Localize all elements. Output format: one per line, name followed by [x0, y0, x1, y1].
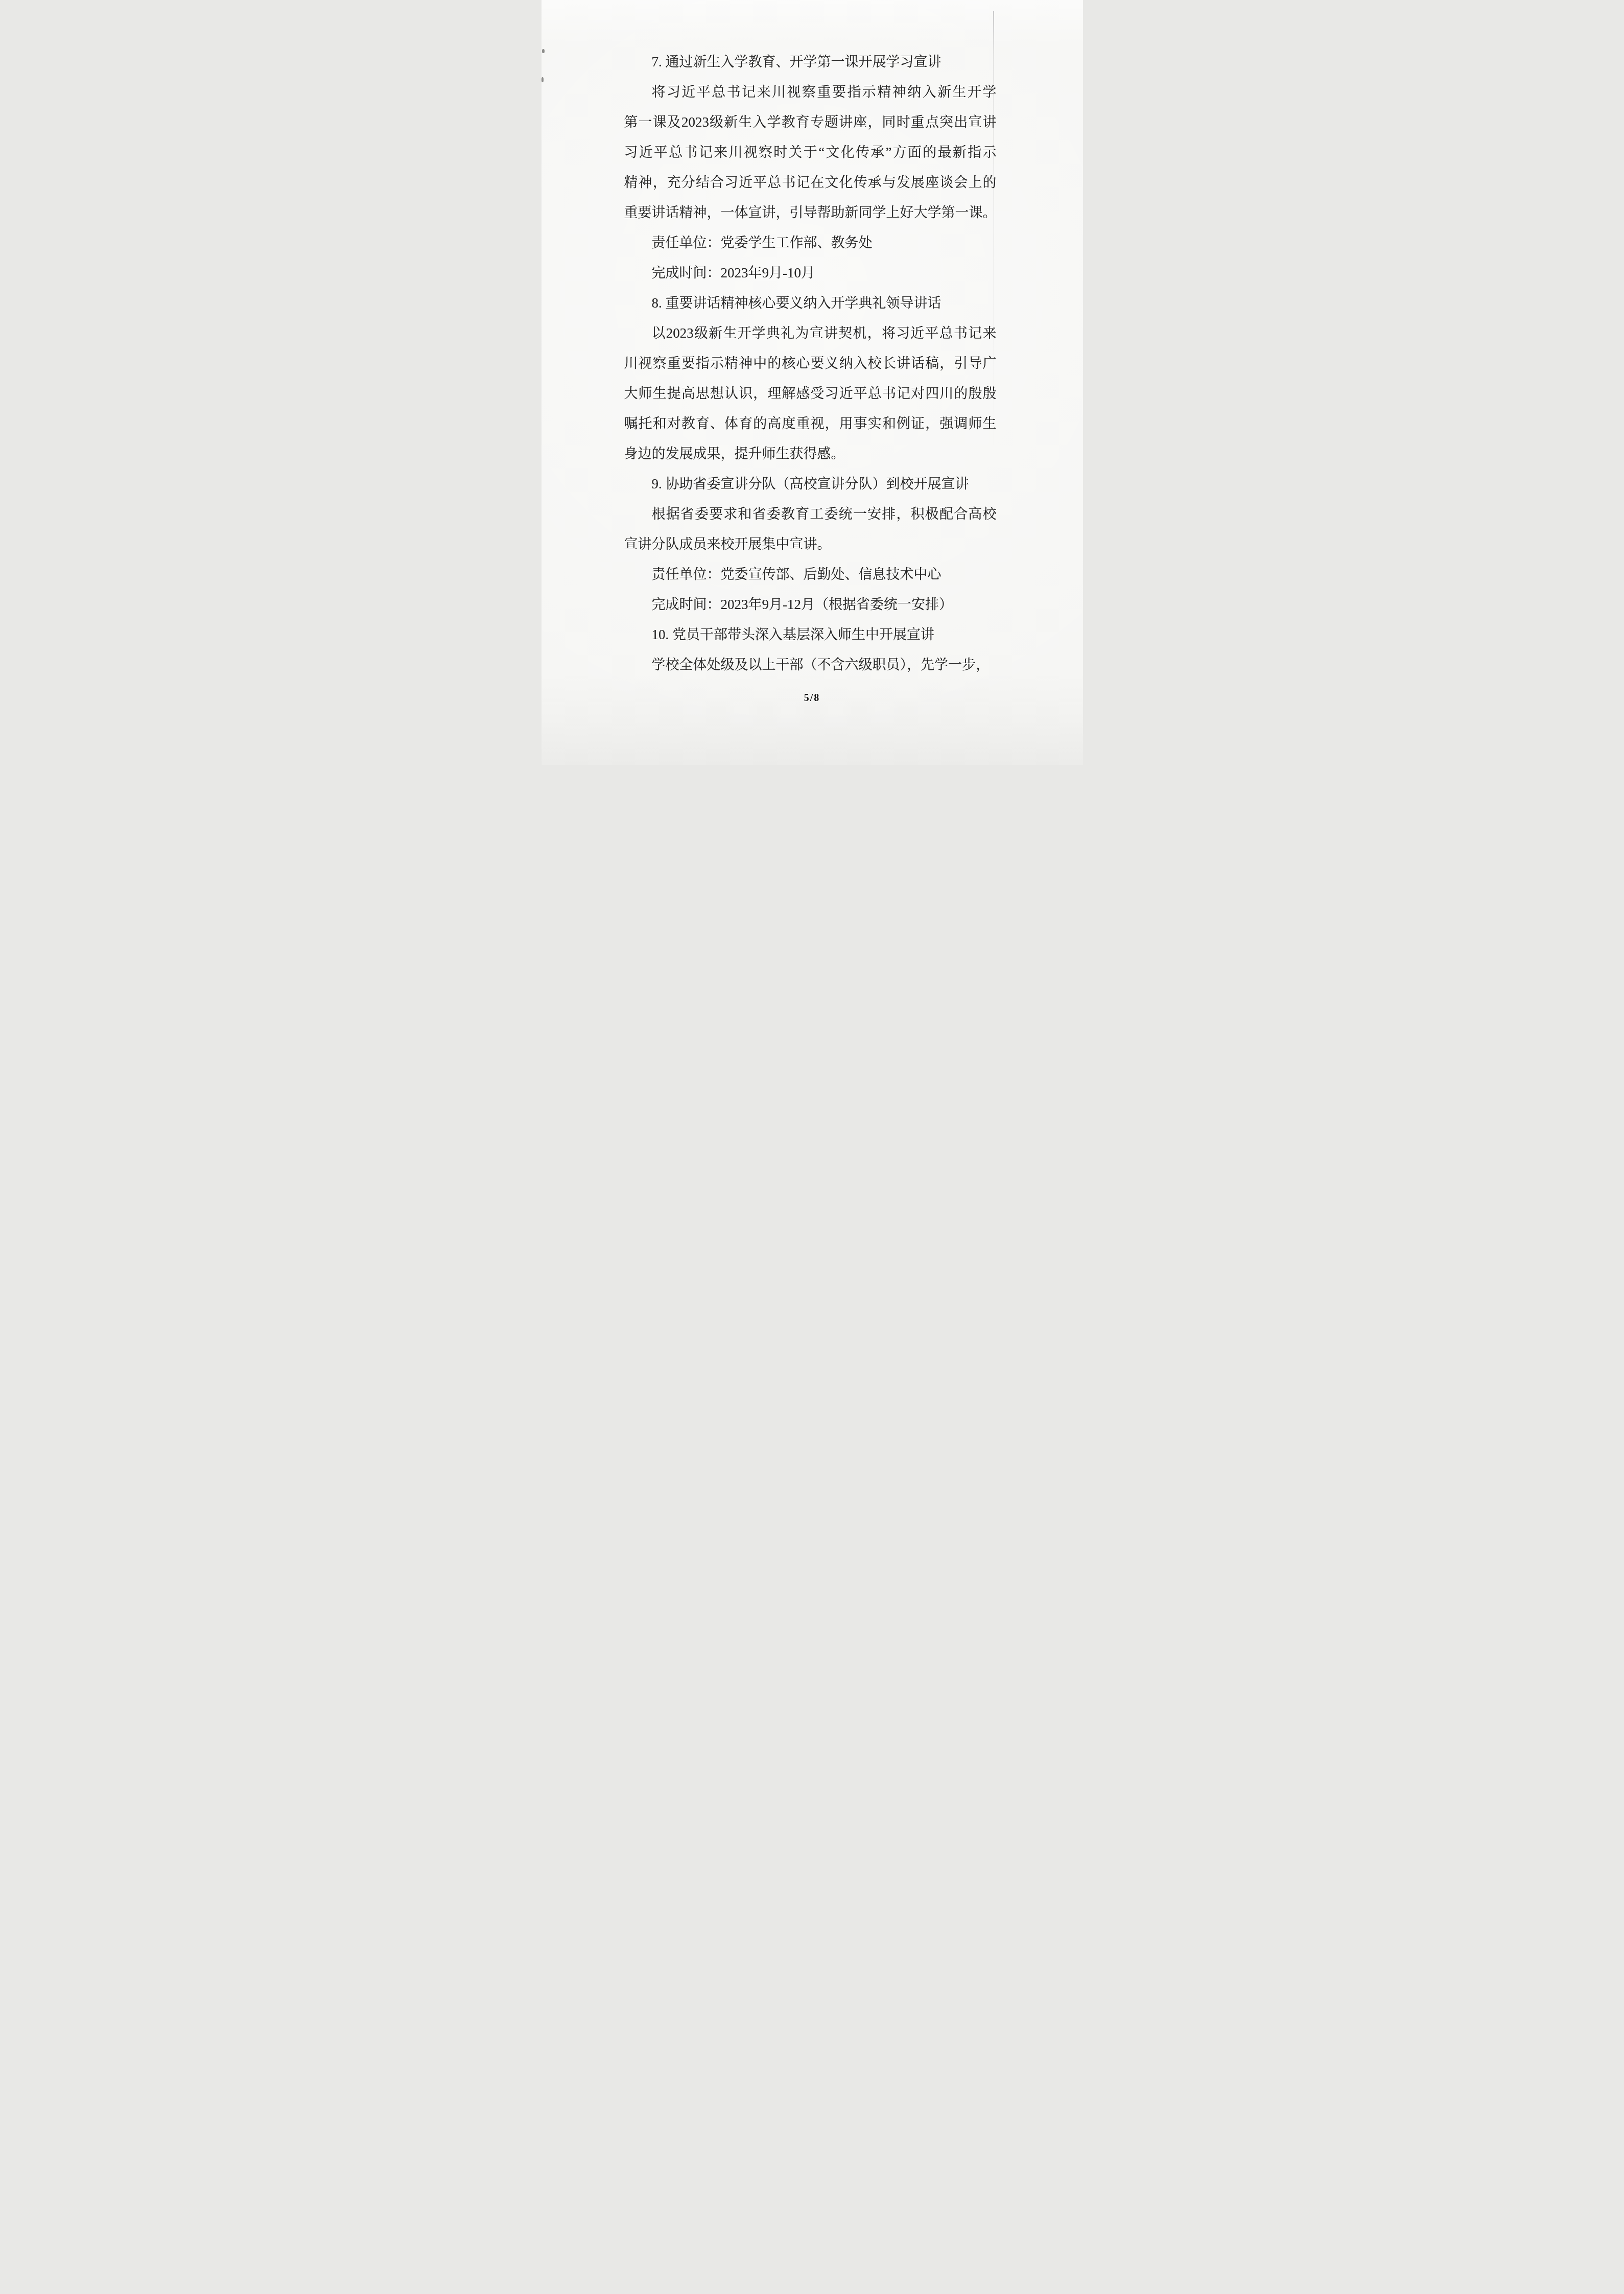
text-line: 以2023级新生开学典礼为宣讲契机，将习近平总书记来: [624, 318, 997, 348]
text-line: 嘱托和对教育、体育的高度重视，用事实和例证，强调师生: [624, 409, 997, 439]
document-page: 7. 通过新生入学教育、开学第一课开展学习宣讲将习近平总书记来川视察重要指示精神…: [542, 0, 1083, 765]
text-line: 9. 协助省委宣讲分队（高校宣讲分队）到校开展宣讲: [624, 469, 997, 499]
text-line: 10. 党员干部带头深入基层深入师生中开展宣讲: [624, 620, 997, 650]
text-line: 完成时间：2023年9月-10月: [624, 258, 997, 288]
text-line: 川视察重要指示精神中的核心要义纳入校长讲话稿，引导广: [624, 348, 997, 379]
text-line: 重要讲话精神，一体宣讲，引导帮助新同学上好大学第一课。: [624, 198, 997, 228]
text-line: 将习近平总书记来川视察重要指示精神纳入新生开学: [624, 77, 997, 107]
scan-speck: [542, 49, 545, 53]
text-line: 学校全体处级及以上干部（不含六级职员），先学一步，: [624, 650, 997, 680]
text-line: 宣讲分队成员来校开展集中宣讲。: [624, 529, 997, 559]
text-line: 8. 重要讲话精神核心要义纳入开学典礼领导讲话: [624, 288, 997, 318]
text-line: 7. 通过新生入学教育、开学第一课开展学习宣讲: [624, 47, 997, 77]
text-line: 根据省委要求和省委教育工委统一安排，积极配合高校: [624, 499, 997, 529]
text-line: 完成时间：2023年9月-12月（根据省委统一安排）: [624, 590, 997, 620]
text-line: 大师生提高思想认识，理解感受习近平总书记对四川的殷殷: [624, 379, 997, 409]
document-body: 7. 通过新生入学教育、开学第一课开展学习宣讲将习近平总书记来川视察重要指示精神…: [624, 47, 997, 680]
text-line: 责任单位：党委学生工作部、教务处: [624, 228, 997, 258]
text-line: 第一课及2023级新生入学教育专题讲座，同时重点突出宣讲: [624, 107, 997, 137]
scan-speck: [542, 77, 544, 82]
page-number: 5/8: [804, 692, 820, 704]
text-line: 身边的发展成果，提升师生获得感。: [624, 439, 997, 469]
text-line: 习近平总书记来川视察时关于“文化传承”方面的最新指示: [624, 137, 997, 168]
text-line: 责任单位：党委宣传部、后勤处、信息技术中心: [624, 559, 997, 590]
text-line: 精神，充分结合习近平总书记在文化传承与发展座谈会上的: [624, 168, 997, 198]
page-footer: 5/8: [542, 683, 1083, 714]
